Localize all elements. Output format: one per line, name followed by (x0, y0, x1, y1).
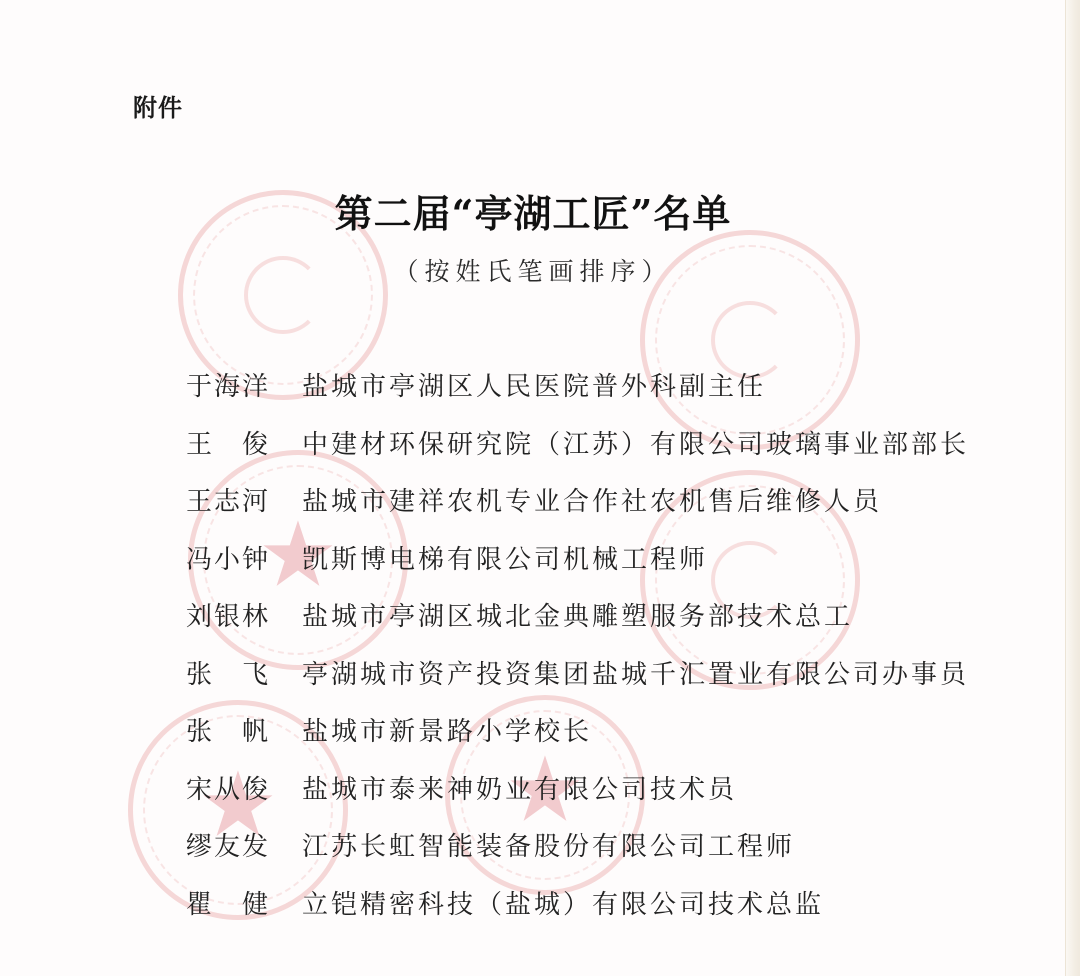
honoree-position: 中建材环保研究院（江苏）有限公司玻璃事业部部长 (302, 424, 969, 461)
list-item: 王 俊 中建材环保研究院（江苏）有限公司玻璃事业部部长 (186, 414, 969, 472)
honoree-name: 瞿 健 (186, 884, 302, 921)
document-title: 第二届“亭湖工匠”名单 (0, 183, 1066, 238)
list-item: 宋从俊 盐城市泰来神奶业有限公司技术员 (186, 759, 969, 817)
document-subtitle: （按姓氏笔画排序） (0, 252, 1066, 288)
honoree-name: 于海洋 (186, 366, 302, 403)
list-item: 瞿 健 立铠精密科技（盐城）有限公司技术总监 (186, 874, 969, 932)
list-item: 刘银林 盐城市亭湖区城北金典雕塑服务部技术总工 (186, 586, 969, 644)
honoree-position: 凯斯博电梯有限公司机械工程师 (302, 539, 708, 576)
list-item: 王志河 盐城市建祥农机专业合作社农机售后维修人员 (186, 471, 969, 529)
honoree-name: 王志河 (186, 481, 302, 518)
honoree-name: 刘银林 (186, 596, 302, 633)
list-item: 张 帆 盐城市新景路小学校长 (186, 701, 969, 759)
honoree-name: 张 飞 (186, 654, 302, 691)
list-item: 于海洋 盐城市亭湖区人民医院普外科副主任 (186, 356, 969, 414)
honoree-name: 王 俊 (186, 424, 302, 461)
paper-edge (1065, 0, 1080, 976)
honoree-name: 缪友发 (186, 826, 302, 863)
honoree-position: 盐城市亭湖区人民医院普外科副主任 (302, 366, 766, 403)
honoree-position: 盐城市泰来神奶业有限公司技术员 (302, 769, 737, 806)
honoree-list: 于海洋 盐城市亭湖区人民医院普外科副主任 王 俊 中建材环保研究院（江苏）有限公… (186, 356, 969, 931)
honoree-position: 亭湖城市资产投资集团盐城千汇置业有限公司办事员 (302, 654, 969, 691)
honoree-position: 立铠精密科技（盐城）有限公司技术总监 (302, 884, 824, 921)
list-item: 张 飞 亭湖城市资产投资集团盐城千汇置业有限公司办事员 (186, 644, 969, 702)
honoree-position: 盐城市建祥农机专业合作社农机售后维修人员 (302, 481, 882, 518)
list-item: 冯小钟 凯斯博电梯有限公司机械工程师 (186, 529, 969, 587)
honoree-position: 盐城市亭湖区城北金典雕塑服务部技术总工 (302, 596, 853, 633)
honoree-name: 宋从俊 (186, 769, 302, 806)
list-item: 缪友发 江苏长虹智能装备股份有限公司工程师 (186, 816, 969, 874)
honoree-position: 盐城市新景路小学校长 (302, 711, 592, 748)
honoree-position: 江苏长虹智能装备股份有限公司工程师 (302, 826, 795, 863)
honoree-name: 冯小钟 (186, 539, 302, 576)
attachment-label: 附件 (133, 88, 183, 123)
honoree-name: 张 帆 (186, 711, 302, 748)
